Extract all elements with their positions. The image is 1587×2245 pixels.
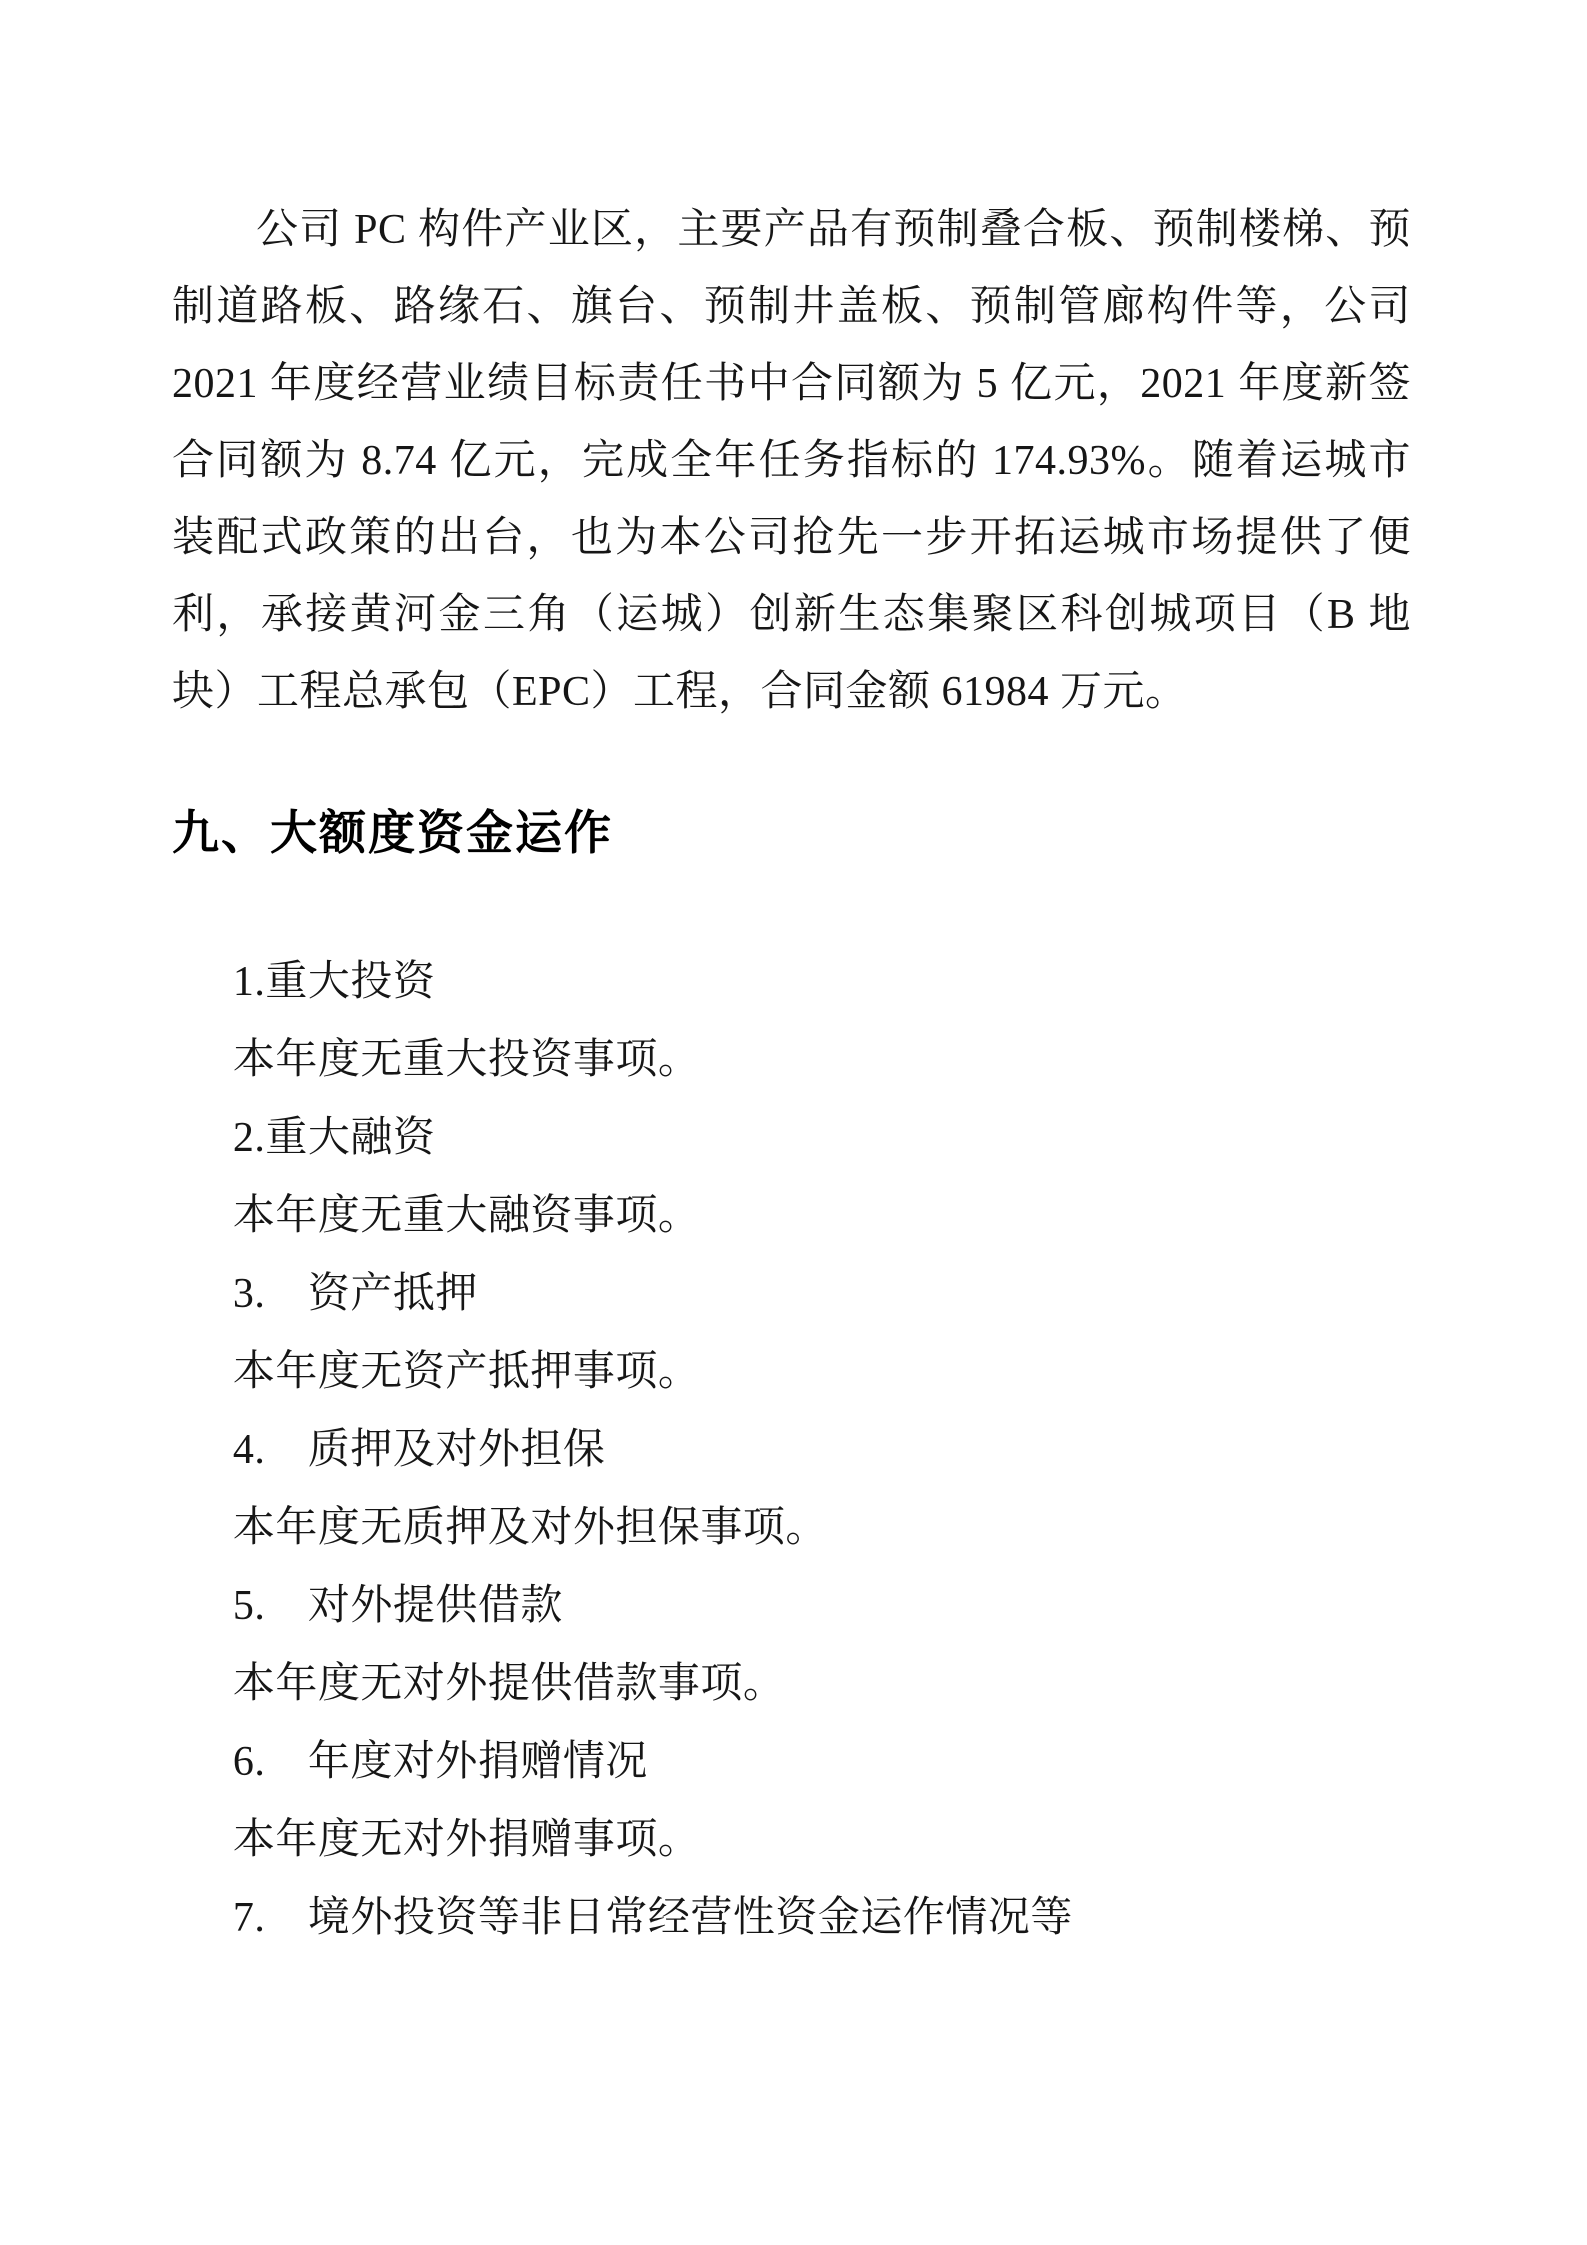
list-item-detail: 本年度无对外捐赠事项。 [172,1801,1411,1879]
section-heading: 九、大额度资金运作 [172,803,1411,863]
list-item-detail: 本年度无对外提供借款事项。 [172,1645,1411,1723]
list-item-label: 6. 年度对外捐赠情况 [172,1723,1411,1801]
body-paragraph: 公司 PC 构件产业区，主要产品有预制叠合板、预制楼梯、预制道路板、路缘石、旗台… [172,192,1411,731]
list-item-label: 2.重大融资 [172,1099,1411,1177]
list-item-label: 7. 境外投资等非日常经营性资金运作情况等 [172,1879,1411,1957]
list-item-label: 3. 资产抵押 [172,1255,1411,1333]
list-item-detail: 本年度无资产抵押事项。 [172,1333,1411,1411]
list-item-detail: 本年度无重大融资事项。 [172,1177,1411,1255]
list-item-label: 5. 对外提供借款 [172,1567,1411,1645]
list-item-label: 1.重大投资 [172,943,1411,1021]
list-item-detail: 本年度无质押及对外担保事项。 [172,1489,1411,1567]
document-page: 公司 PC 构件产业区，主要产品有预制叠合板、预制楼梯、预制道路板、路缘石、旗台… [0,0,1587,2245]
list-item-label: 4. 质押及对外担保 [172,1411,1411,1489]
list-item-detail: 本年度无重大投资事项。 [172,1021,1411,1099]
fund-operations-list: 1.重大投资本年度无重大投资事项。2.重大融资本年度无重大融资事项。3. 资产抵… [172,943,1411,1957]
